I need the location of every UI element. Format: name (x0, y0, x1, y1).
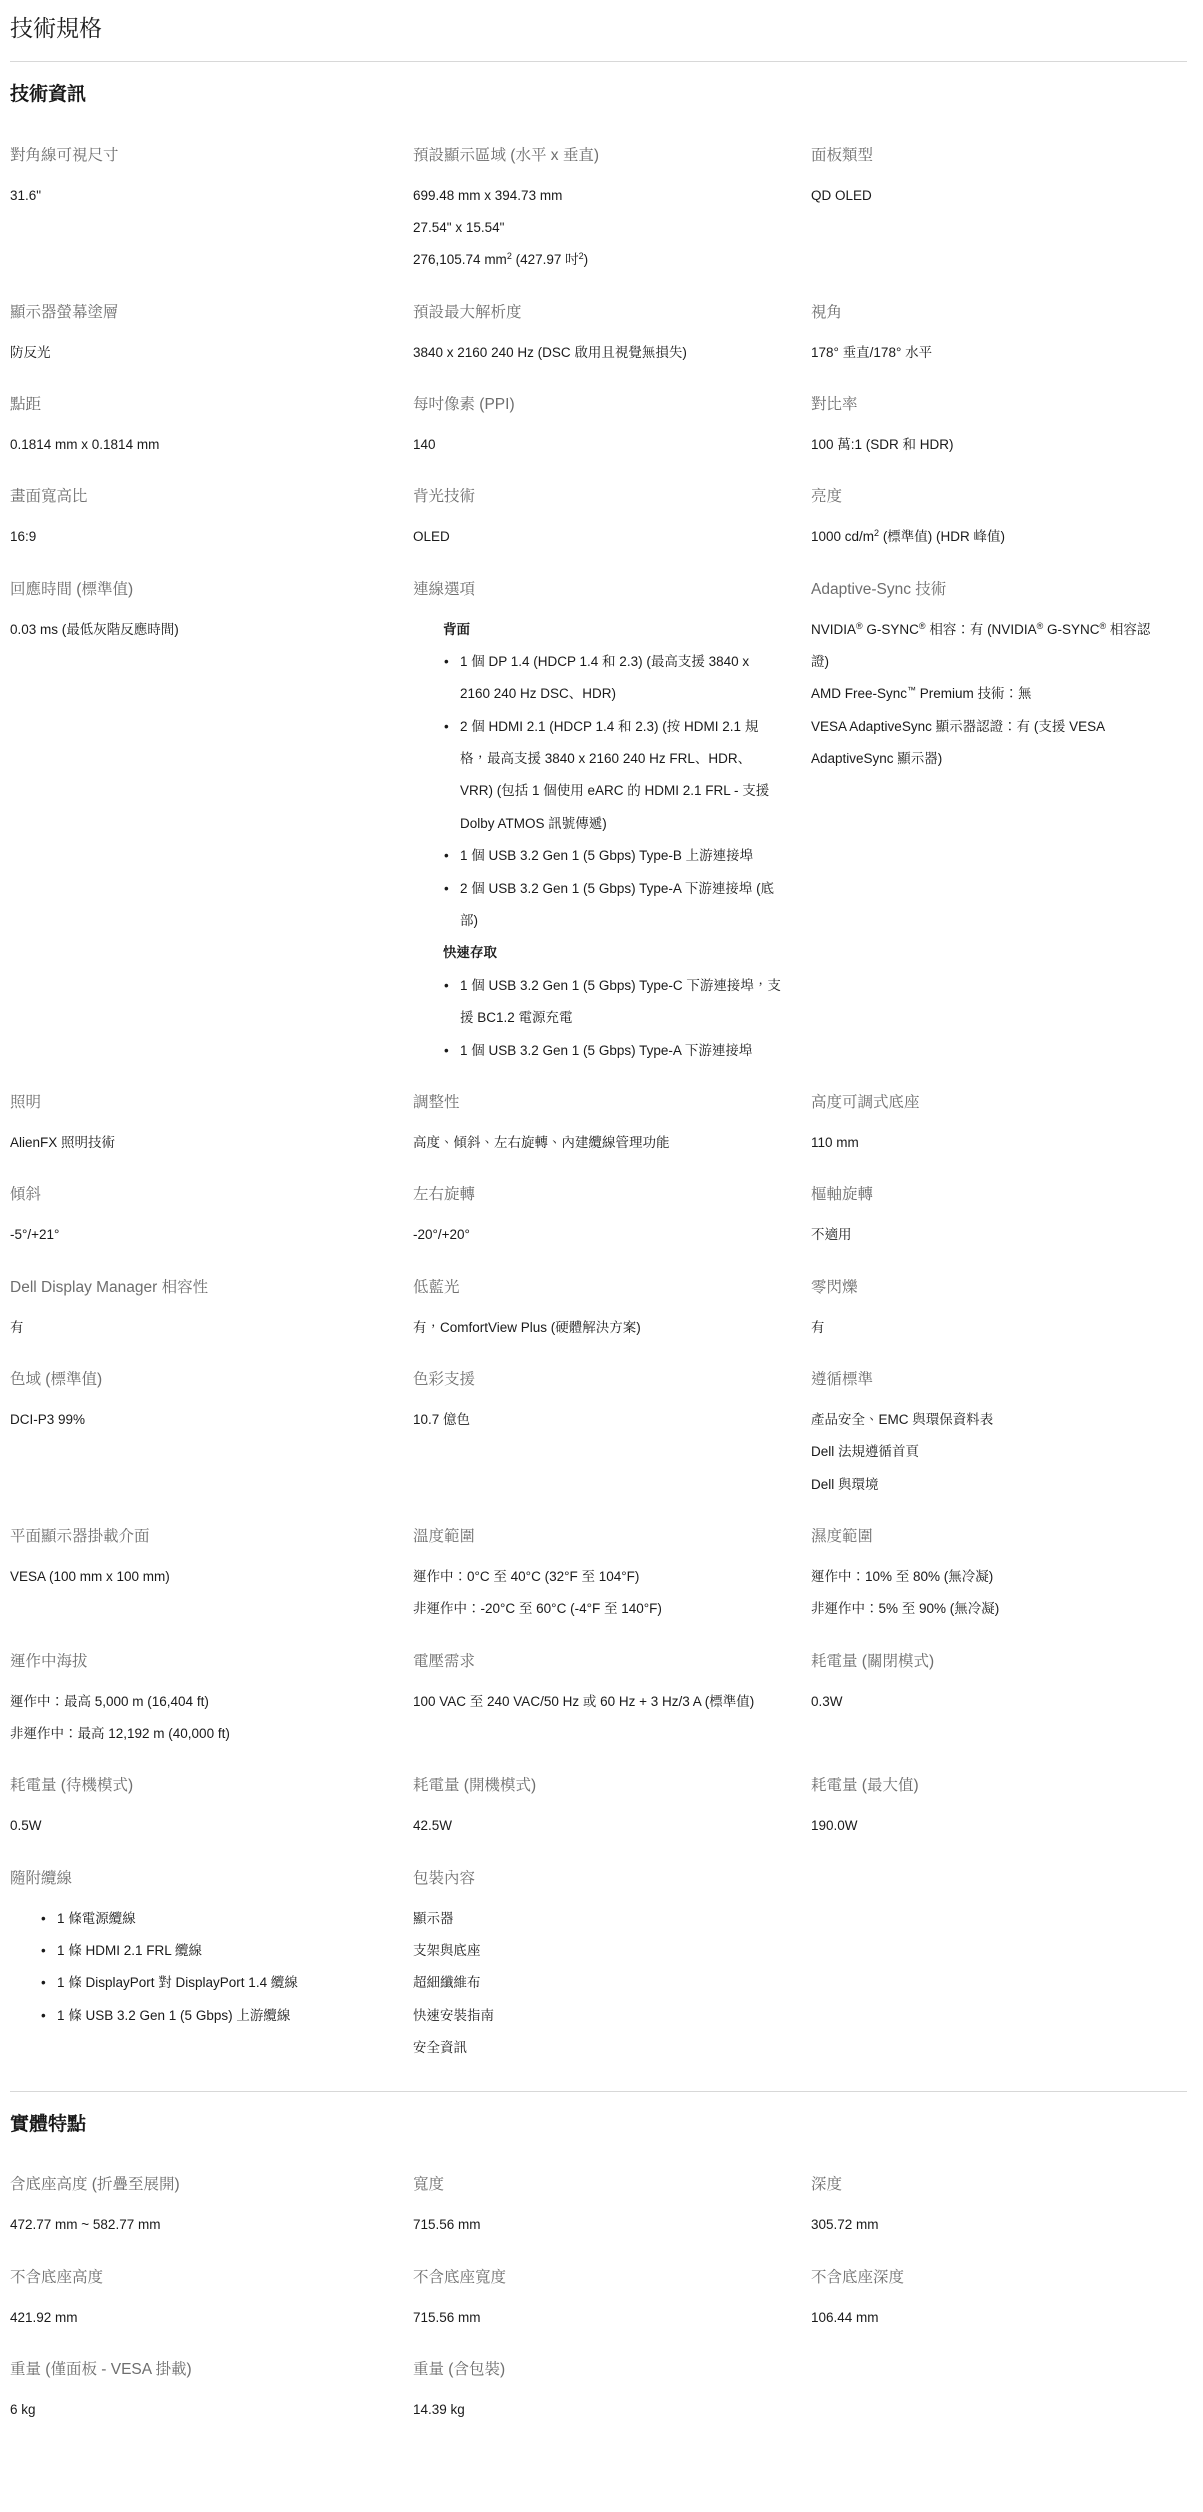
spec-value: 1 條 USB 3.2 Gen 1 (5 Gbps) 上游纜線 (40, 2000, 383, 2032)
spec-label: 含底座高度 (折疊至展開) (10, 2175, 383, 2196)
spec-value: 2 個 USB 3.2 Gen 1 (5 Gbps) Type-A 下游連接埠 … (443, 873, 781, 938)
spec-item: 背光技術OLED (413, 487, 811, 553)
spec-row: 點距0.1814 mm x 0.1814 mm每吋像素 (PPI)140對比率1… (10, 395, 1187, 461)
tech-specs-page: 技術規格 技術資訊對角線可視尺寸31.6"預設顯示區域 (水平 x 垂直)699… (0, 0, 1203, 2512)
spec-label: 平面顯示器掛載介面 (10, 1527, 383, 1548)
spec-value: 安全資訊 (413, 2032, 781, 2064)
spec-label: 深度 (811, 2175, 1157, 2196)
spec-value: 背面 (443, 614, 781, 646)
spec-label: 樞軸旋轉 (811, 1185, 1157, 1206)
spec-value: OLED (413, 521, 781, 553)
spec-label: 零閃爍 (811, 1278, 1157, 1299)
spec-item: 寬度715.56 mm (413, 2175, 811, 2241)
spec-item: 面板類型QD OLED (811, 146, 1187, 212)
spec-value: QD OLED (811, 180, 1157, 212)
spec-value: 運作中：0°C 至 40°C (32°F 至 104°F) (413, 1561, 781, 1593)
spec-value: VESA AdaptiveSync 顯示器認證：有 (支援 VESA Adapt… (811, 711, 1157, 776)
spec-label: 點距 (10, 395, 383, 416)
spec-item: 重量 (含包裝)14.39 kg (413, 2360, 811, 2426)
spec-item: Dell Display Manager 相容性有 (10, 1278, 413, 1344)
spec-label: 耗電量 (待機模式) (10, 1776, 383, 1797)
spec-value: 2 個 HDMI 2.1 (HDCP 1.4 和 2.3) (按 HDMI 2.… (443, 711, 781, 841)
spec-item: 回應時間 (標準值)0.03 ms (最低灰階反應時間) (10, 580, 413, 646)
spec-label: 電壓需求 (413, 1652, 781, 1673)
spec-item: 不含底座寬度715.56 mm (413, 2268, 811, 2334)
spec-label: 畫面寬高比 (10, 487, 383, 508)
spec-value: 1 個 USB 3.2 Gen 1 (5 Gbps) Type-A 下游連接埠 (443, 1035, 781, 1067)
spec-row: 含底座高度 (折疊至展開)472.77 mm ~ 582.77 mm寬度715.… (10, 2175, 1187, 2241)
spec-value: 699.48 mm x 394.73 mm (413, 180, 781, 212)
spec-label: 面板類型 (811, 146, 1157, 167)
spec-label: 濕度範圍 (811, 1527, 1157, 1548)
spec-row: 耗電量 (待機模式)0.5W耗電量 (開機模式)42.5W耗電量 (最大值)19… (10, 1776, 1187, 1842)
spec-label: 連線選項 (413, 580, 781, 601)
spec-value: 1 個 DP 1.4 (HDCP 1.4 和 2.3) (最高支援 3840 x… (443, 646, 781, 711)
page-title: 技術規格 (10, 14, 1187, 44)
spec-label: 包裝內容 (413, 1869, 781, 1890)
spec-value: 140 (413, 429, 781, 461)
spec-value: 190.0W (811, 1810, 1157, 1842)
spec-item: 對比率100 萬:1 (SDR 和 HDR) (811, 395, 1187, 461)
spec-item: 照明AlienFX 照明技術 (10, 1093, 413, 1159)
spec-label: 回應時間 (標準值) (10, 580, 383, 601)
spec-value: 10.7 億色 (413, 1404, 781, 1436)
spec-value: 31.6" (10, 180, 383, 212)
spec-row: 回應時間 (標準值)0.03 ms (最低灰階反應時間)連線選項背面1 個 DP… (10, 580, 1187, 1067)
spec-value: NVIDIA® G-SYNC® 相容：有 (NVIDIA® G-SYNC® 相容… (811, 614, 1157, 679)
spec-label: 預設最大解析度 (413, 303, 781, 324)
spec-value: 防反光 (10, 337, 383, 369)
spec-value: 支架與底座 (413, 1935, 781, 1967)
spec-item: 耗電量 (最大值)190.0W (811, 1776, 1187, 1842)
spec-label: 溫度範圍 (413, 1527, 781, 1548)
spec-row: 色域 (標準值)DCI-P3 99%色彩支援10.7 億色遵循標準產品安全、EM… (10, 1370, 1187, 1501)
spec-value: AMD Free-Sync™ Premium 技術：無 (811, 678, 1157, 710)
spec-value: 不適用 (811, 1219, 1157, 1251)
spec-item: 深度305.72 mm (811, 2175, 1187, 2241)
spec-label: 左右旋轉 (413, 1185, 781, 1206)
spec-value: 1 個 USB 3.2 Gen 1 (5 Gbps) Type-B 上游連接埠 (443, 840, 781, 872)
spec-label: 遵循標準 (811, 1370, 1157, 1391)
spec-value: -20°/+20° (413, 1219, 781, 1251)
spec-value: 42.5W (413, 1810, 781, 1842)
spec-label: Adaptive-Sync 技術 (811, 580, 1157, 601)
divider (10, 2091, 1187, 2092)
spec-label: 寬度 (413, 2175, 781, 2196)
spec-label: 重量 (僅面板 - VESA 掛載) (10, 2360, 383, 2381)
spec-value: VESA (100 mm x 100 mm) (10, 1561, 383, 1593)
spec-row: 隨附纜線1 條電源纜線1 條 HDMI 2.1 FRL 纜線1 條 Displa… (10, 1869, 1187, 2065)
spec-value: 1 條電源纜線 (40, 1903, 383, 1935)
spec-item: 不含底座高度421.92 mm (10, 2268, 413, 2334)
spec-label: 不含底座深度 (811, 2268, 1157, 2289)
spec-value: 快速存取 (443, 937, 781, 969)
spec-item: 運作中海拔運作中：最高 5,000 m (16,404 ft)非運作中：最高 1… (10, 1652, 413, 1751)
spec-item: 耗電量 (待機模式)0.5W (10, 1776, 413, 1842)
spec-row: 顯示器螢幕塗層防反光預設最大解析度3840 x 2160 240 Hz (DSC… (10, 303, 1187, 369)
spec-item: 重量 (僅面板 - VESA 掛載)6 kg (10, 2360, 413, 2426)
spec-value: 305.72 mm (811, 2209, 1157, 2241)
spec-row: 平面顯示器掛載介面VESA (100 mm x 100 mm)溫度範圍運作中：0… (10, 1527, 1187, 1626)
spec-item: 含底座高度 (折疊至展開)472.77 mm ~ 582.77 mm (10, 2175, 413, 2241)
spec-value: 有 (811, 1312, 1157, 1344)
sections-container: 技術資訊對角線可視尺寸31.6"預設顯示區域 (水平 x 垂直)699.48 m… (10, 61, 1187, 2426)
spec-item: 隨附纜線1 條電源纜線1 條 HDMI 2.1 FRL 纜線1 條 Displa… (10, 1869, 413, 2032)
spec-label: 亮度 (811, 487, 1157, 508)
spec-label: 不含底座寬度 (413, 2268, 781, 2289)
spec-value: -5°/+21° (10, 1219, 383, 1251)
spec-value: 472.77 mm ~ 582.77 mm (10, 2209, 383, 2241)
spec-value: 快速安裝指南 (413, 2000, 781, 2032)
spec-value: Dell 法規遵循首頁 (811, 1436, 1157, 1468)
spec-value: 高度、傾斜、左右旋轉、內建纜線管理功能 (413, 1127, 781, 1159)
spec-label: 傾斜 (10, 1185, 383, 1206)
spec-label: 每吋像素 (PPI) (413, 395, 781, 416)
spec-label: 重量 (含包裝) (413, 2360, 781, 2381)
spec-item: 電壓需求100 VAC 至 240 VAC/50 Hz 或 60 Hz + 3 … (413, 1652, 811, 1718)
spec-label: 不含底座高度 (10, 2268, 383, 2289)
section-heading: 技術資訊 (10, 83, 1187, 108)
spec-value: 100 VAC 至 240 VAC/50 Hz 或 60 Hz + 3 Hz/3… (413, 1686, 781, 1718)
spec-label: 對角線可視尺寸 (10, 146, 383, 167)
spec-value: 1000 cd/m2 (標準值) (HDR 峰值) (811, 521, 1157, 553)
spec-value: 1 條 DisplayPort 對 DisplayPort 1.4 纜線 (40, 1967, 383, 1999)
spec-item: 耗電量 (開機模式)42.5W (413, 1776, 811, 1842)
spec-section: 技術資訊對角線可視尺寸31.6"預設顯示區域 (水平 x 垂直)699.48 m… (10, 61, 1187, 2065)
spec-row: 運作中海拔運作中：最高 5,000 m (16,404 ft)非運作中：最高 1… (10, 1652, 1187, 1751)
spec-value: 0.3W (811, 1686, 1157, 1718)
spec-item: 畫面寬高比16:9 (10, 487, 413, 553)
spec-item: 高度可調式底座110 mm (811, 1093, 1187, 1159)
spec-row: 對角線可視尺寸31.6"預設顯示區域 (水平 x 垂直)699.48 mm x … (10, 146, 1187, 277)
spec-value: 106.44 mm (811, 2302, 1157, 2334)
spec-row: 照明AlienFX 照明技術調整性高度、傾斜、左右旋轉、內建纜線管理功能高度可調… (10, 1093, 1187, 1159)
spec-label: 顯示器螢幕塗層 (10, 303, 383, 324)
spec-value: 0.03 ms (最低灰階反應時間) (10, 614, 383, 646)
spec-item: 平面顯示器掛載介面VESA (100 mm x 100 mm) (10, 1527, 413, 1593)
spec-item: 對角線可視尺寸31.6" (10, 146, 413, 212)
spec-value: 27.54" x 15.54" (413, 212, 781, 244)
spec-label: 色彩支援 (413, 1370, 781, 1391)
spec-label: 隨附纜線 (10, 1869, 383, 1890)
spec-label: 耗電量 (關閉模式) (811, 1652, 1157, 1673)
spec-item: 點距0.1814 mm x 0.1814 mm (10, 395, 413, 461)
spec-item: 色域 (標準值)DCI-P3 99% (10, 1370, 413, 1436)
spec-item: 視角178° 垂直/178° 水平 (811, 303, 1187, 369)
spec-row: 畫面寬高比16:9背光技術OLED亮度1000 cd/m2 (標準值) (HDR… (10, 487, 1187, 553)
spec-item: 每吋像素 (PPI)140 (413, 395, 811, 461)
spec-value: 715.56 mm (413, 2209, 781, 2241)
spec-value: 非運作中：5% 至 90% (無冷凝) (811, 1593, 1157, 1625)
spec-value: AlienFX 照明技術 (10, 1127, 383, 1159)
spec-value: 178° 垂直/178° 水平 (811, 337, 1157, 369)
spec-item: Adaptive-Sync 技術NVIDIA® G-SYNC® 相容：有 (NV… (811, 580, 1187, 776)
spec-value: 276,105.74 mm2 (427.97 吋2) (413, 244, 781, 276)
spec-item: 溫度範圍運作中：0°C 至 40°C (32°F 至 104°F)非運作中：-2… (413, 1527, 811, 1626)
spec-label: 低藍光 (413, 1278, 781, 1299)
spec-label: 對比率 (811, 395, 1157, 416)
spec-value: 非運作中：-20°C 至 60°C (-4°F 至 140°F) (413, 1593, 781, 1625)
spec-value: 0.1814 mm x 0.1814 mm (10, 429, 383, 461)
spec-item: 連線選項背面1 個 DP 1.4 (HDCP 1.4 和 2.3) (最高支援 … (413, 580, 811, 1067)
spec-value: 有，ComfortView Plus (硬體解決方案) (413, 1312, 781, 1344)
spec-label: 耗電量 (開機模式) (413, 1776, 781, 1797)
spec-label: 高度可調式底座 (811, 1093, 1157, 1114)
spec-value: 14.39 kg (413, 2394, 781, 2426)
spec-row: 不含底座高度421.92 mm不含底座寬度715.56 mm不含底座深度106.… (10, 2268, 1187, 2334)
spec-value: 6 kg (10, 2394, 383, 2426)
spec-item: 濕度範圍運作中：10% 至 80% (無冷凝)非運作中：5% 至 90% (無冷… (811, 1527, 1187, 1626)
spec-value: 3840 x 2160 240 Hz (DSC 啟用且視覺無損失) (413, 337, 781, 369)
spec-label: 預設顯示區域 (水平 x 垂直) (413, 146, 781, 167)
spec-value: 0.5W (10, 1810, 383, 1842)
spec-row: 重量 (僅面板 - VESA 掛載)6 kg重量 (含包裝)14.39 kg (10, 2360, 1187, 2426)
spec-item: 包裝內容顯示器支架與底座超細纖維布快速安裝指南安全資訊 (413, 1869, 811, 2065)
spec-value: 有 (10, 1312, 383, 1344)
spec-label: 背光技術 (413, 487, 781, 508)
spec-item: 傾斜-5°/+21° (10, 1185, 413, 1251)
spec-label: Dell Display Manager 相容性 (10, 1278, 383, 1299)
spec-value: 顯示器 (413, 1903, 781, 1935)
spec-value: 非運作中：最高 12,192 m (40,000 ft) (10, 1718, 383, 1750)
spec-value: 100 萬:1 (SDR 和 HDR) (811, 429, 1157, 461)
spec-value: 16:9 (10, 521, 383, 553)
spec-label: 耗電量 (最大值) (811, 1776, 1157, 1797)
spec-value: 超細纖維布 (413, 1967, 781, 1999)
spec-value: 110 mm (811, 1127, 1157, 1159)
spec-item: 耗電量 (關閉模式)0.3W (811, 1652, 1187, 1718)
spec-row: 傾斜-5°/+21°左右旋轉-20°/+20°樞軸旋轉不適用 (10, 1185, 1187, 1251)
section-heading: 實體特點 (10, 2113, 1187, 2138)
spec-value: DCI-P3 99% (10, 1404, 383, 1436)
spec-item: 不含底座深度106.44 mm (811, 2268, 1187, 2334)
spec-value: 1 個 USB 3.2 Gen 1 (5 Gbps) Type-C 下游連接埠，… (443, 970, 781, 1035)
spec-label: 視角 (811, 303, 1157, 324)
spec-row: Dell Display Manager 相容性有低藍光有，ComfortVie… (10, 1278, 1187, 1344)
spec-item: 亮度1000 cd/m2 (標準值) (HDR 峰值) (811, 487, 1187, 553)
spec-label: 調整性 (413, 1093, 781, 1114)
spec-label: 色域 (標準值) (10, 1370, 383, 1391)
spec-value: 1 條 HDMI 2.1 FRL 纜線 (40, 1935, 383, 1967)
spec-value: 運作中：最高 5,000 m (16,404 ft) (10, 1686, 383, 1718)
spec-item: 低藍光有，ComfortView Plus (硬體解決方案) (413, 1278, 811, 1344)
spec-item: 預設顯示區域 (水平 x 垂直)699.48 mm x 394.73 mm27.… (413, 146, 811, 277)
spec-item: 左右旋轉-20°/+20° (413, 1185, 811, 1251)
spec-item: 遵循標準產品安全、EMC 與環保資料表Dell 法規遵循首頁Dell 與環境 (811, 1370, 1187, 1501)
spec-value: 運作中：10% 至 80% (無冷凝) (811, 1561, 1157, 1593)
spec-label: 運作中海拔 (10, 1652, 383, 1673)
spec-item: 零閃爍有 (811, 1278, 1187, 1344)
spec-value: 715.56 mm (413, 2302, 781, 2334)
spec-value: Dell 與環境 (811, 1469, 1157, 1501)
spec-item: 調整性高度、傾斜、左右旋轉、內建纜線管理功能 (413, 1093, 811, 1159)
divider (10, 61, 1187, 62)
spec-item: 色彩支援10.7 億色 (413, 1370, 811, 1436)
spec-item: 顯示器螢幕塗層防反光 (10, 303, 413, 369)
spec-item: 預設最大解析度3840 x 2160 240 Hz (DSC 啟用且視覺無損失) (413, 303, 811, 369)
spec-label: 照明 (10, 1093, 383, 1114)
spec-value: 產品安全、EMC 與環保資料表 (811, 1404, 1157, 1436)
spec-item: 樞軸旋轉不適用 (811, 1185, 1187, 1251)
spec-value: 421.92 mm (10, 2302, 383, 2334)
spec-section: 實體特點含底座高度 (折疊至展開)472.77 mm ~ 582.77 mm寬度… (10, 2091, 1187, 2427)
